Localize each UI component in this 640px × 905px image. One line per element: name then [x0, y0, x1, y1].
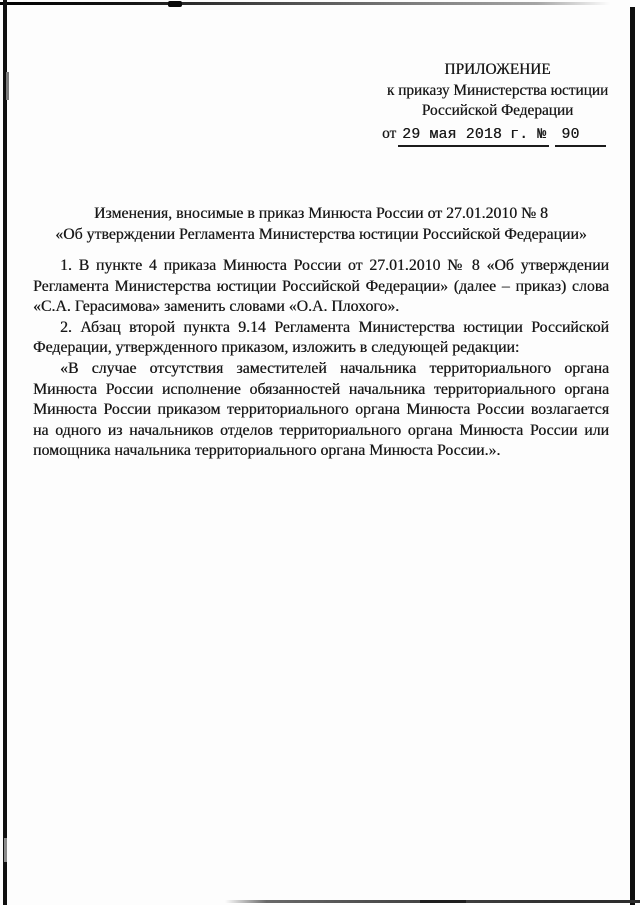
date-prefix-label: от [382, 125, 396, 142]
page-border-left [3, 0, 7, 905]
heading-line-2: «Об утверждении Регламента Министерства … [33, 225, 609, 246]
typed-number-value: 90 [561, 127, 579, 143]
page-border-right [630, 7, 635, 905]
scan-artifact [6, 72, 9, 100]
heading-line-1: Изменения, вносимые в приказ Минюста Рос… [33, 204, 609, 225]
date-suffix-label: г. № [510, 127, 546, 143]
typed-date-value: 29 мая 2018 [402, 127, 502, 143]
number-fill-field: 90 [555, 124, 605, 148]
scan-artifact [168, 1, 182, 7]
appendix-order-line: к приказу Министерства юстиции [382, 81, 613, 102]
scan-artifact [4, 838, 7, 862]
scan-artifact [420, 900, 466, 903]
paragraph-item-1: 1. В пункте 4 приказа Минюста России от … [33, 256, 609, 318]
page-border-top [0, 2, 610, 5]
appendix-date-line: от29 мая 2018г. №90 [382, 124, 613, 148]
document-body: 1. В пункте 4 приказа Минюста России от … [33, 256, 609, 462]
scanned-document-page: ПРИЛОЖЕНИЕ к приказу Министерства юстици… [0, 0, 640, 905]
date-fill-field: 29 мая 2018г. № [398, 124, 549, 148]
appendix-federation-line: Российской Федерации [382, 101, 613, 122]
appendix-header-block: ПРИЛОЖЕНИЕ к приказу Министерства юстици… [382, 60, 613, 147]
paragraph-item-2: 2. Абзац второй пункта 9.14 Регламента М… [33, 318, 609, 359]
document-heading: Изменения, вносимые в приказ Минюста Рос… [33, 204, 609, 245]
appendix-title: ПРИЛОЖЕНИЕ [382, 60, 613, 81]
paragraph-item-3: «В случае отсутствия заместителей началь… [33, 359, 609, 462]
